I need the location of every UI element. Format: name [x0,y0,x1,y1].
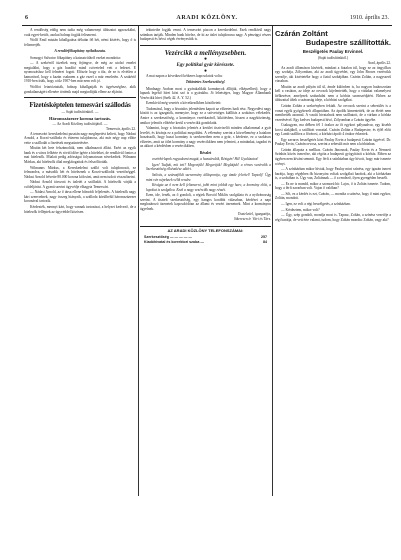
paragraph: Somogyi Salvator főkapitány a katasztróf… [24,56,136,61]
paragraph: — Igen, ez volt a régi beszélgetés, a sz… [275,202,391,207]
paragraph: — A színházban mikor hívtak, hogy Paulay… [275,167,391,181]
article-divider [140,45,271,46]
newspaper-title: ARADI KÖZLÖNY. [22,15,392,21]
paragraph: — A szekérről tüzeltek meg őrjöngve, de … [24,61,136,84]
article-headline: Fizetésképtelen temesvári szállodás [24,101,136,109]
header-rule [22,25,392,26]
paragraph: tekintetbe fogják venni. A temesvári pia… [140,28,271,42]
paragraph: Valamint, hogy a hivatalos jelentés a ke… [140,126,271,149]
poem-title: Részlet [140,151,271,156]
paragraph: Csakugyan, ma délben fél 1 órakor az őt … [275,123,391,137]
column-left: A rendőrség eddig nem tudta még valamenn… [24,28,136,528]
paragraph: Wolff Emil miután kihallgatása délután f… [24,38,136,47]
source-line: (Saját tudósítónktól.) [275,56,391,61]
section-title: Tekintetes Szerkesztőség! [140,80,271,85]
poem-line: Szilvás, a szárazföldi szerzemény állásp… [146,173,271,182]
article-headline: Vezércikk a mellényzsebben. [140,49,271,57]
paragraph: Czárán Zoltán a szekrényben feküdt. Az o… [275,104,391,122]
phone-numbers-box: AZ ARADI KÖZLÖNY TELEFONSZÁMAI: Szerkesz… [140,226,271,246]
column-middle: tekintetbe fogják venni. A temesvári pia… [140,28,271,508]
article-subhead: Beszélgetés Paulay Ervinnel. [275,50,391,55]
phone-number: 84 [263,240,267,245]
paragraph: — Kérdeztem, mikor volt? [275,208,391,213]
bullet-ornament: ● [140,58,271,62]
paragraph: A rendőrség eddig nem tudta még valamenn… [24,28,136,37]
page-header: 6 ARADI KÖZLÖNY. 1910. április 23. [22,12,392,24]
article-subheadline: Egy politikai gyár körészete. [140,63,271,69]
paragraph: Egy zavaros beszélgetés közt Paulay Ervi… [275,138,391,147]
newspaper-page: 6 ARADI KÖZLÖNY. 1910. április 23. A ren… [22,12,392,527]
column-divider-2 [272,26,273,496]
poem-line: Igen! Tudjuk, mit tett? Megvetjük! Megve… [146,163,271,172]
headline-line-2: Budapestre szállították. [275,38,391,47]
paragraph: Mindnagy Arabon most a gyárakalikák korm… [140,87,271,101]
issue-date: 1910. április 23. [350,15,389,21]
article-divider [24,97,136,98]
article-subhead: Háromszázezer korona tartozás. [24,116,136,121]
paragraph: Tudomásul, hogy a hivatalos jelentésben … [140,107,271,125]
paragraph: — Úgy, szép gondolt, mondja most is. Tap… [275,213,391,222]
poem-line: Kivágta az ő nem kell felismerni, jobb m… [146,183,271,192]
paragraph: Miután az aradi pályán túl ül, ámde külö… [275,85,391,103]
signature-line: Sikeresen ír. Vári és Társ. [140,217,271,222]
dateline-small: — Saját tudósítónktól. — [24,110,136,115]
poem-block: vezérhírlapok rogyadozni magát, a hazaár… [140,157,271,192]
paragraph: Ezenkívül még vezetés a következőkben kö… [140,101,271,106]
paragraph: A mai napon a következő kétkeres kapcsol… [140,74,271,79]
column-right: Czárán Zoltánt Budapestre szállították. … [275,28,391,528]
phone-box-title: AZ ARADI KÖZLÖNY TELEFONSZÁMAI: [140,229,271,234]
paragraph: — Sőt, ez a kérdés is ezt, Czárán, — mon… [275,192,391,201]
paragraph: Kérdezték, mennyi kárt, hogy vannak tart… [24,205,136,214]
paragraph: — Ez ne is mondd, mikor a szomorú hír. L… [275,182,391,191]
paragraph: — Nádasi Arnold, az ő társa ellene bűnvá… [24,190,136,204]
paragraph: Ezen, ide, fenék, az ő gondolt, a régiek… [140,193,271,211]
paragraph: Az aradi állomáson kísérték, mindazt a f… [275,66,391,84]
phone-label: Kiadóhivatal és korrektori szoba — [144,240,204,245]
phone-row: Kiadóhivatal és korrektori szoba — 84 [140,240,271,245]
paragraph: Miután két hete felszámolták, nem alkalm… [24,146,136,164]
paragraph: Czárán állapota a mellkas. Czárán Jánosn… [275,148,391,166]
source-line: — Az Aradi Közlöny tudósítójától. — [24,122,136,127]
headline-line-1: Czárán Zoltánt [275,30,391,38]
paragraph: Wilmanns Márkus, a Kereskedelmi szálló v… [24,166,136,180]
poem-line: vezérhírlapok rogyadozni magát, a hazaár… [146,157,271,162]
column-divider-1 [138,26,139,496]
subhead: A rendőrfőkapitány nyilatkozata. [24,49,136,54]
paragraph: A temesvári kereskedelmi pusztán nagy me… [24,132,136,146]
paragraph: Wolffot letartóztatták, holnap kihallgat… [24,85,136,94]
paragraph: Nádasi Arnold távozott és üzletét a szál… [24,180,136,189]
